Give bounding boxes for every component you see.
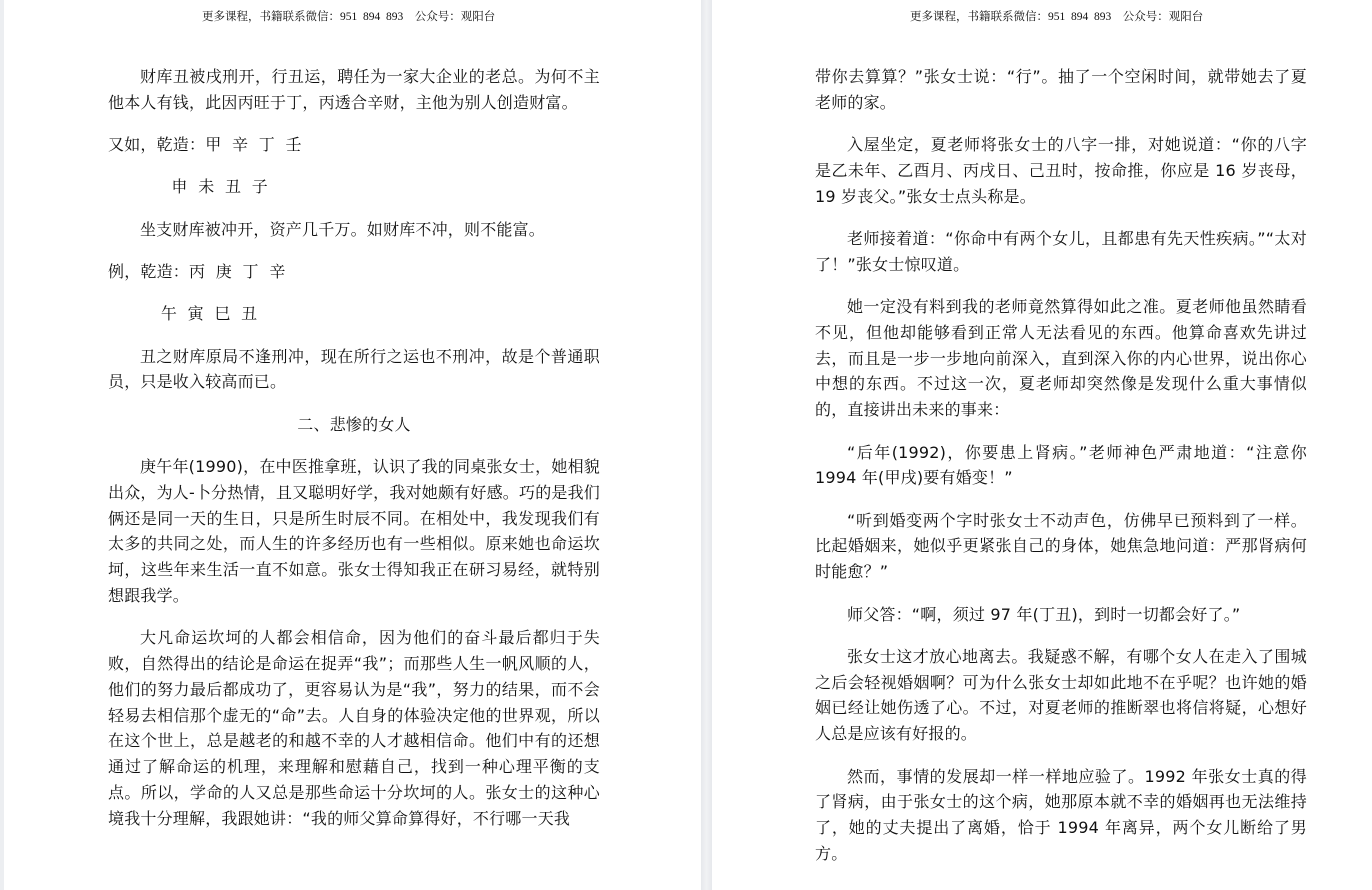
paragraph: 大凡命运坎坷的人都会相信命，因为他们的奋斗最后都归于失败，自然得出的结论是命运在… (108, 625, 600, 831)
page-header: 更多课程，书籍联系微信：951 894 893 公众号：观阳台 (910, 8, 1203, 24)
bazi-chart-line: 例，乾造：丙 庚 丁 辛 (108, 259, 600, 285)
page-gutter (701, 0, 712, 890)
page-left: 更多课程，书籍联系微信：951 894 893 公众号：观阳台 财库丑被戌刑开，… (4, 0, 701, 890)
bazi-chart-line: 申 未 丑 子 (108, 174, 600, 200)
paragraph: 庚午年(1990)，在中医推拿班，认识了我的同桌张女士，她相貌出众，为人-卜分热… (108, 454, 600, 609)
paragraph: “听到婚变两个字时张女士不动声色，仿佛早已预料到了一样。比起婚姻来，她似乎更紧张… (815, 508, 1307, 585)
document-viewer: 更多课程，书籍联系微信：951 894 893 公众号：观阳台 财库丑被戌刑开，… (0, 0, 1372, 890)
paragraph-continued: 带你去算算？”张女士说：“行”。抽了一个空闲时间，就带她去了夏老师的家。 (815, 64, 1307, 116)
paragraph: 丑之财库原局不逢刑冲，现在所行之运也不刑冲，故是个普通职员，只是收入较高而已。 (108, 344, 600, 396)
paragraph: 她一定没有料到我的老师竟然算得如此之准。夏老师他虽然睛看不见，但他却能够看到正常… (815, 294, 1307, 423)
page-body: 财库丑被戌刑开，行丑运，聘任为一家大企业的老总。为何不主他本人有钱，此因丙旺于丁… (108, 64, 600, 848)
paragraph: 财库丑被戌刑开，行丑运，聘任为一家大企业的老总。为何不主他本人有钱，此因丙旺于丁… (108, 64, 600, 116)
paragraph: 然而，事情的发展却一样一样地应验了。1992 年张女士真的得了肾病，由于张女士的… (815, 764, 1307, 867)
paragraph: 入屋坐定，夏老师将张女士的八字一排，对她说道：“你的八字是乙未年、乙酉月、丙戌日… (815, 132, 1307, 209)
paragraph: 老师接着道：“你命中有两个女儿，且都患有先天性疾病。”“太对了！”张女士惊叹道。 (815, 226, 1307, 278)
section-title: 二、悲惨的女人 (108, 412, 600, 438)
paragraph: 坐支财库被冲开，资产几千万。如财库不冲，则不能富。 (108, 217, 600, 243)
bazi-chart-line: 又如，乾造：甲 辛 丁 壬 (108, 132, 600, 158)
page-body: 带你去算算？”张女士说：“行”。抽了一个空闲时间，就带她去了夏老师的家。 入屋坐… (815, 64, 1307, 883)
bazi-chart-line: 午 寅 巳 丑 (108, 301, 600, 327)
page-right: 更多课程，书籍联系微信：951 894 893 公众号：观阳台 带你去算算？”张… (712, 0, 1372, 890)
page-header: 更多课程，书籍联系微信：951 894 893 公众号：观阳台 (202, 8, 495, 24)
paragraph: “后年(1992)，你要患上肾病。”老师神色严肃地道：“注意你 1994 年(甲… (815, 440, 1307, 492)
paragraph: 师父答：“啊，须过 97 年(丁丑)，到时一切都会好了。” (815, 602, 1307, 628)
paragraph: 张女士这才放心地离去。我疑惑不解，有哪个女人在走入了围城之后会轻视婚姻啊？可为什… (815, 644, 1307, 747)
